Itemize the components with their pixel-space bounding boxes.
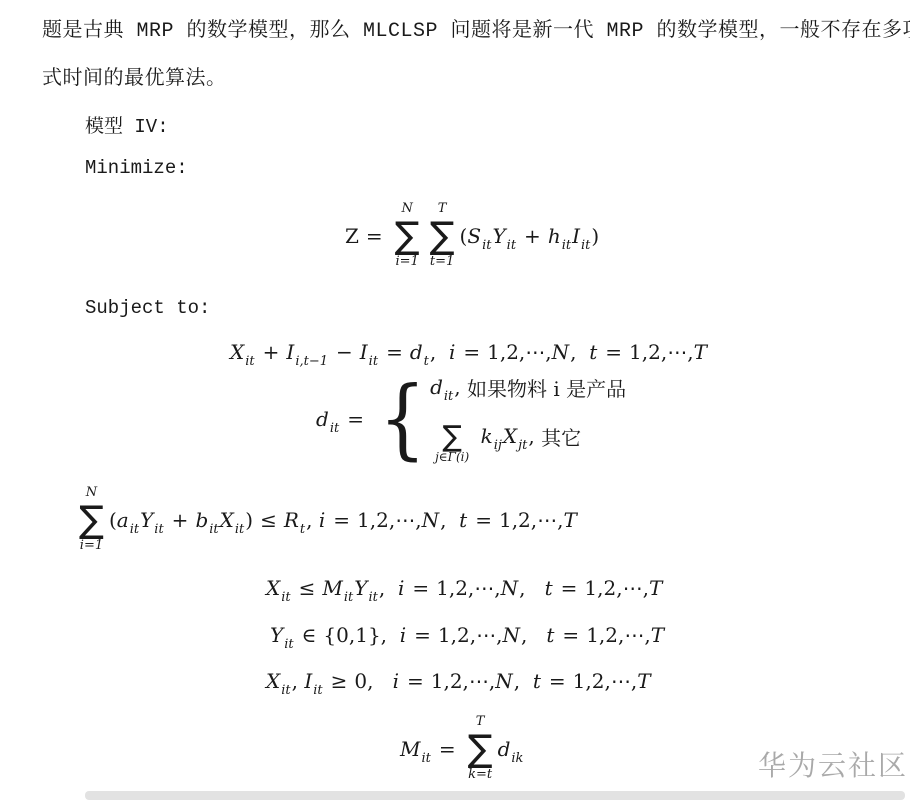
page-bottom-divider [85, 791, 905, 800]
cases-stack: dit, 如果物料 i 是产品 ∑j∈Γ(i) kijXjt, 其它 [430, 373, 626, 465]
constraint-binary: Yit∈{0,1}, i=1,2,⋯,N, t=1,2,⋯,T [270, 619, 665, 651]
left-brace-icon: { [379, 375, 426, 462]
constraint-capacity: N∑i=1(aitYit+bitXit)≤Rt, i=1,2,⋯,N, t=1,… [74, 482, 578, 558]
minimize-label: Minimize: [85, 157, 188, 179]
model-iv-label: 模型 IV: [85, 111, 169, 138]
constraint-nonnegative: Xit, Iit≥0, i=1,2,⋯,N, t=1,2,⋯,T [266, 665, 652, 697]
objective-formula: Z=N∑i=1T∑t=1(SitYit+hitIit) [345, 199, 599, 273]
subject-to-label: Subject to: [85, 297, 210, 319]
case-row-product: dit, 如果物料 i 是产品 [430, 373, 626, 402]
huawei-cloud-watermark: 华为云社区 [758, 744, 908, 784]
constraint-bigM: Xit≤MitYit, i=1,2,⋯,N, t=1,2,⋯,T [266, 572, 663, 604]
document-page: 题是古典 MRP 的数学模型，那么 MLCLSP 问题将是新一代 MRP 的数学… [0, 0, 910, 800]
case-row-other: ∑j∈Γ(i) kijXjt, 其它 [430, 407, 626, 465]
paragraph-line-1: 题是古典 MRP 的数学模型，那么 MLCLSP 问题将是新一代 MRP 的数学… [42, 13, 898, 43]
bigM-definition: Mit=T∑k=tdik [400, 706, 524, 792]
paragraph-line-2: 式时间的最优算法。 [42, 61, 898, 91]
constraint-balance: Xit+Ii,t−1−Iit=dt, i=1,2,⋯,N, t=1,2,⋯,T [230, 336, 708, 368]
constraint-demand-cases: dit= { dit, 如果物料 i 是产品 ∑j∈Γ(i) kijXjt, 其… [316, 374, 626, 464]
demand-lhs: dit= [316, 407, 371, 431]
